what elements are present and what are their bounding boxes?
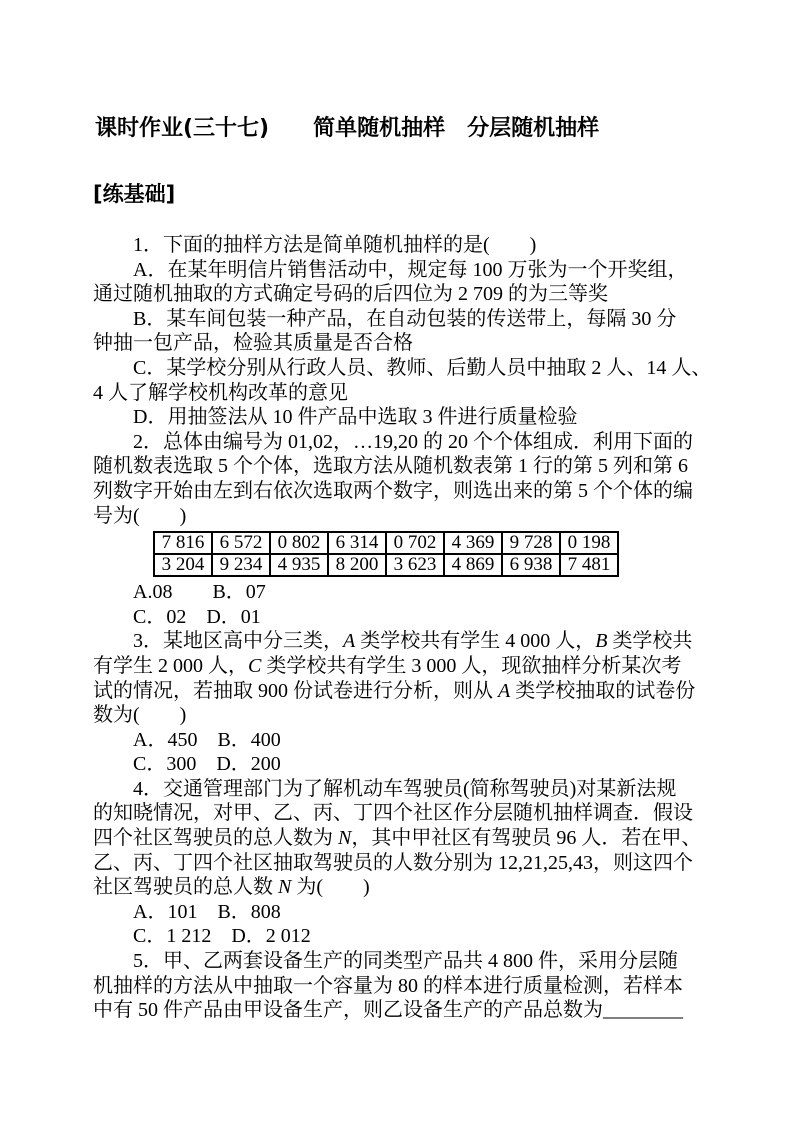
text-segment: A．101 B．808 [133,901,281,923]
text-line: A.08 B．07 [93,580,703,605]
math-variable: N [278,876,291,898]
table-row: 7 816 6 572 0 802 6 314 0 702 4 369 9 72… [154,532,618,554]
text-segment: C．300 D．200 [133,753,281,775]
text-segment: 有学生 2 000 人， [93,655,248,677]
text-segment: A.08 B．07 [133,581,266,603]
text-segment: C．02 D．01 [133,606,261,628]
question-2-options: A.08 B．07C．02 D．01 [93,580,703,629]
text-segment: 试的情况，若抽取 900 份试卷进行分析，则从 [93,680,498,702]
text-line: C．1 212 D．2 012 [93,924,703,949]
text-line: 四个社区驾驶员的总人数为 N，其中甲社区有驾驶员 96 人．若在甲、 [93,826,703,851]
random-digit-cell: 6 314 [328,532,386,554]
text-line: 5．甲、乙两套设备生产的同类型产品共 4 800 件，采用分层随 [93,949,703,974]
random-digit-cell: 0 802 [270,532,328,554]
random-digit-cell: 7 481 [560,554,618,576]
text-segment: 四个社区驾驶员的总人数为 [93,827,338,849]
math-variable: C [248,655,261,677]
text-line: 乙、丙、丁四个社区抽取驾驶员的人数分别为 12,21,25,43，则这四个 [93,851,703,876]
text-segment: 通过随机抽取的方式确定号码的后四位为 2 709 的为三等奖 [93,283,608,305]
random-number-table: 7 816 6 572 0 802 6 314 0 702 4 369 9 72… [153,531,619,577]
worksheet-page: 课时作业(三十七) 简单随机抽样 分层随机抽样 [练基础] 1．下面的抽样方法是… [0,0,793,1122]
text-segment: 4．交通管理部门为了解机动车驾驶员(简称驾驶员)对某新法规 [133,778,676,800]
text-segment: 列数字开始由左到右依次选取两个数字，则选出来的第 5 个个体的编 [93,480,693,502]
text-segment: A．450 B．400 [133,729,281,751]
text-segment: 社区驾驶员的总人数 [93,876,278,898]
text-line: 通过随机抽取的方式确定号码的后四位为 2 709 的为三等奖 [93,282,703,307]
text-segment: 1．下面的抽样方法是简单随机抽样的是( ) [133,234,536,256]
text-line: 数为( ) [93,703,703,728]
section-label: [练基础] [93,182,703,207]
text-line: 社区驾驶员的总人数 N 为( ) [93,875,703,900]
text-line: 钟抽一包产品，检验其质量是否合格 [93,331,703,356]
text-segment: A．在某年明信片销售活动中，规定每 100 万张为一个开奖组， [133,259,687,281]
text-line: 机抽样的方法从中抽取一个容量为 80 的样本进行质量检测，若样本 [93,974,703,999]
random-digit-cell: 4 935 [270,554,328,576]
text-line: C．300 D．200 [93,752,703,777]
text-line: 有学生 2 000 人，C 类学校共有学生 3 000 人，现欲抽样分析某次考 [93,654,703,679]
math-variable: B [595,630,607,652]
text-segment: 类学校共有学生 3 000 人，现欲抽样分析某次考 [261,655,681,677]
random-digit-cell: 3 204 [154,554,212,576]
text-segment: 4 人了解学校机构改革的意见 [93,382,348,404]
text-line: 3．某地区高中分三类，A 类学校共有学生 4 000 人，B 类学校共 [93,629,703,654]
text-segment: 的知晓情况，对甲、乙、丙、丁四个社区作分层随机抽样调查．假设 [93,802,693,824]
text-line: 1．下面的抽样方法是简单随机抽样的是( ) [93,233,703,258]
random-digit-cell: 9 234 [212,554,270,576]
random-digit-cell: 3 623 [386,554,444,576]
question-3: 3．某地区高中分三类，A 类学校共有学生 4 000 人，B 类学校共有学生 2… [93,629,703,777]
text-line: 的知晓情况，对甲、乙、丙、丁四个社区作分层随机抽样调查．假设 [93,801,703,826]
text-segment: 类学校抽取的试卷份 [510,680,695,702]
text-line: 随机数表选取 5 个个体，选取方法从随机数表第 1 行的第 5 列和第 6 [93,454,703,479]
document-body: { "title": "课时作业(三十七) 简单随机抽样 分层随机抽样", "s… [0,0,793,1122]
text-segment: 5．甲、乙两套设备生产的同类型产品共 4 800 件，采用分层随 [133,950,678,972]
random-digit-cell: 0 198 [560,532,618,554]
random-digit-cell: 6 572 [212,532,270,554]
text-segment: 2．总体由编号为 01,02，…19,20 的 20 个个体组成．利用下面的 [133,431,693,453]
text-line: 试的情况，若抽取 900 份试卷进行分析，则从 A 类学校抽取的试卷份 [93,679,703,704]
text-segment: C．某学校分别从行政人员、教师、后勤人员中抽取 2 人、14 人、 [133,357,711,379]
text-segment: 数为( ) [93,704,186,726]
random-digit-cell: 0 702 [386,532,444,554]
random-digit-cell: 8 200 [328,554,386,576]
page-title: 课时作业(三十七) 简单随机抽样 分层随机抽样 [95,116,703,142]
question-5: 5．甲、乙两套设备生产的同类型产品共 4 800 件，采用分层随机抽样的方法从中… [93,949,703,1023]
text-line: B．某车间包装一种产品，在自动包装的传送带上，每隔 30 分 [93,307,703,332]
text-line: 4．交通管理部门为了解机动车驾驶员(简称驾驶员)对某新法规 [93,777,703,802]
table-row: 3 204 9 234 4 935 8 200 3 623 4 869 6 93… [154,554,618,576]
text-line: 中有 50 件产品由甲设备生产，则乙设备生产的产品总数为________ [93,998,703,1023]
random-digit-cell: 6 938 [502,554,560,576]
text-line: 4 人了解学校机构改革的意见 [93,381,703,406]
text-line: 号为( ) [93,504,703,529]
random-digit-cell: 9 728 [502,532,560,554]
text-line: C．02 D．01 [93,605,703,630]
question-2-stem: 2．总体由编号为 01,02，…19,20 的 20 个个体组成．利用下面的随机… [93,430,703,528]
text-line: A．在某年明信片销售活动中，规定每 100 万张为一个开奖组， [93,258,703,283]
question-4: 4．交通管理部门为了解机动车驾驶员(简称驾驶员)对某新法规的知晓情况，对甲、乙、… [93,777,703,949]
text-segment: 为( ) [291,876,369,898]
question-1: 1．下面的抽样方法是简单随机抽样的是( )A．在某年明信片销售活动中，规定每 1… [93,233,703,430]
text-segment: 乙、丙、丁四个社区抽取驾驶员的人数分别为 12,21,25,43，则这四个 [93,852,693,874]
random-digit-cell: 4 369 [444,532,502,554]
text-line: A．450 B．400 [93,728,703,753]
text-segment: B．某车间包装一种产品，在自动包装的传送带上，每隔 30 分 [133,308,676,330]
random-digit-cell: 4 869 [444,554,502,576]
text-line: 列数字开始由左到右依次选取两个数字，则选出来的第 5 个个体的编 [93,479,703,504]
text-line: 2．总体由编号为 01,02，…19,20 的 20 个个体组成．利用下面的 [93,430,703,455]
text-line: C．某学校分别从行政人员、教师、后勤人员中抽取 2 人、14 人、 [93,356,703,381]
math-variable: N [338,827,351,849]
text-line: D．用抽签法从 10 件产品中选取 3 件进行质量检验 [93,405,703,430]
text-segment: 机抽样的方法从中抽取一个容量为 80 的样本进行质量检测，若样本 [93,975,683,997]
text-segment: 中有 50 件产品由甲设备生产，则乙设备生产的产品总数为________ [93,999,683,1021]
text-segment: 号为( ) [93,505,186,527]
text-segment: 类学校共有学生 4 000 人， [355,630,595,652]
math-variable: A [343,630,355,652]
text-segment: D．用抽签法从 10 件产品中选取 3 件进行质量检验 [133,406,577,428]
text-segment: C．1 212 D．2 012 [133,925,311,947]
text-line: A．101 B．808 [93,900,703,925]
math-variable: A [498,680,510,702]
text-segment: 随机数表选取 5 个个体，选取方法从随机数表第 1 行的第 5 列和第 6 [93,455,688,477]
text-segment: 钟抽一包产品，检验其质量是否合格 [93,332,413,354]
random-digit-cell: 7 816 [154,532,212,554]
text-segment: 类学校共 [607,630,692,652]
text-segment: 3．某地区高中分三类， [133,630,343,652]
text-segment: ，其中甲社区有驾驶员 96 人．若在甲、 [351,827,701,849]
